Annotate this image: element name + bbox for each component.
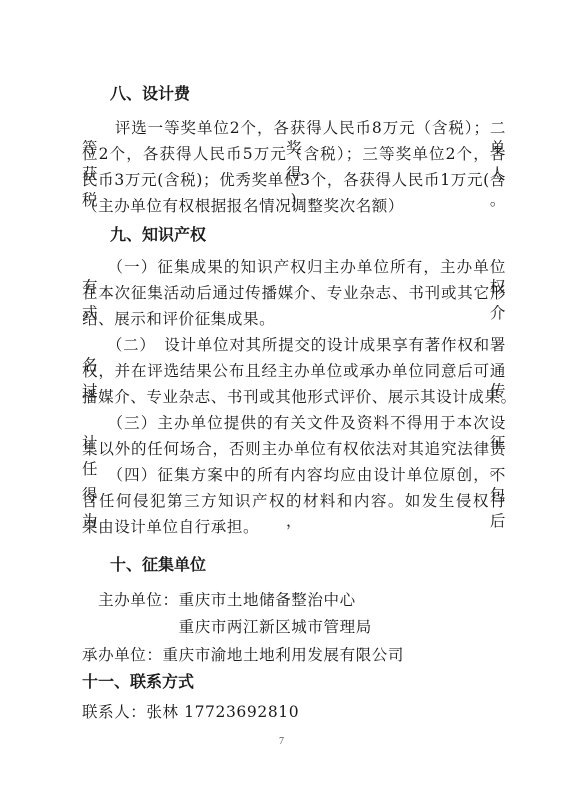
organizer-line: 重庆市两江新区城市管理局	[82, 617, 506, 637]
contact-line: 联系人：张林 17723692810	[82, 702, 506, 722]
undertaker-line: 承办单位：重庆市渝地土地利用发展有限公司	[82, 645, 506, 665]
paragraph-line: 绍、展示和评价征集成果。	[82, 309, 506, 329]
document-page: 八、设计费 评选一等奖单位2个，各获得人民币8万元（含税）；二等奖单 位2个，各…	[0, 0, 566, 800]
section-heading-organizers: 十、征集单位	[110, 555, 534, 575]
page-number: 7	[279, 736, 284, 747]
paragraph-line: 果由设计单位自行承担。	[82, 517, 506, 537]
section-heading-design-fee: 八、设计费	[110, 84, 534, 104]
section-heading-ip: 九、知识产权	[110, 225, 534, 245]
paragraph-line: （主办单位有权根据报名情况调整奖次名额）	[82, 196, 506, 216]
organizer-line: 主办单位：重庆市土地储备整治中心	[82, 590, 506, 610]
paragraph-line: 播媒介、专业杂志、书刊或其他形式评价、展示其设计成果。	[82, 387, 506, 407]
section-heading-contact: 十一、联系方式	[82, 672, 506, 692]
